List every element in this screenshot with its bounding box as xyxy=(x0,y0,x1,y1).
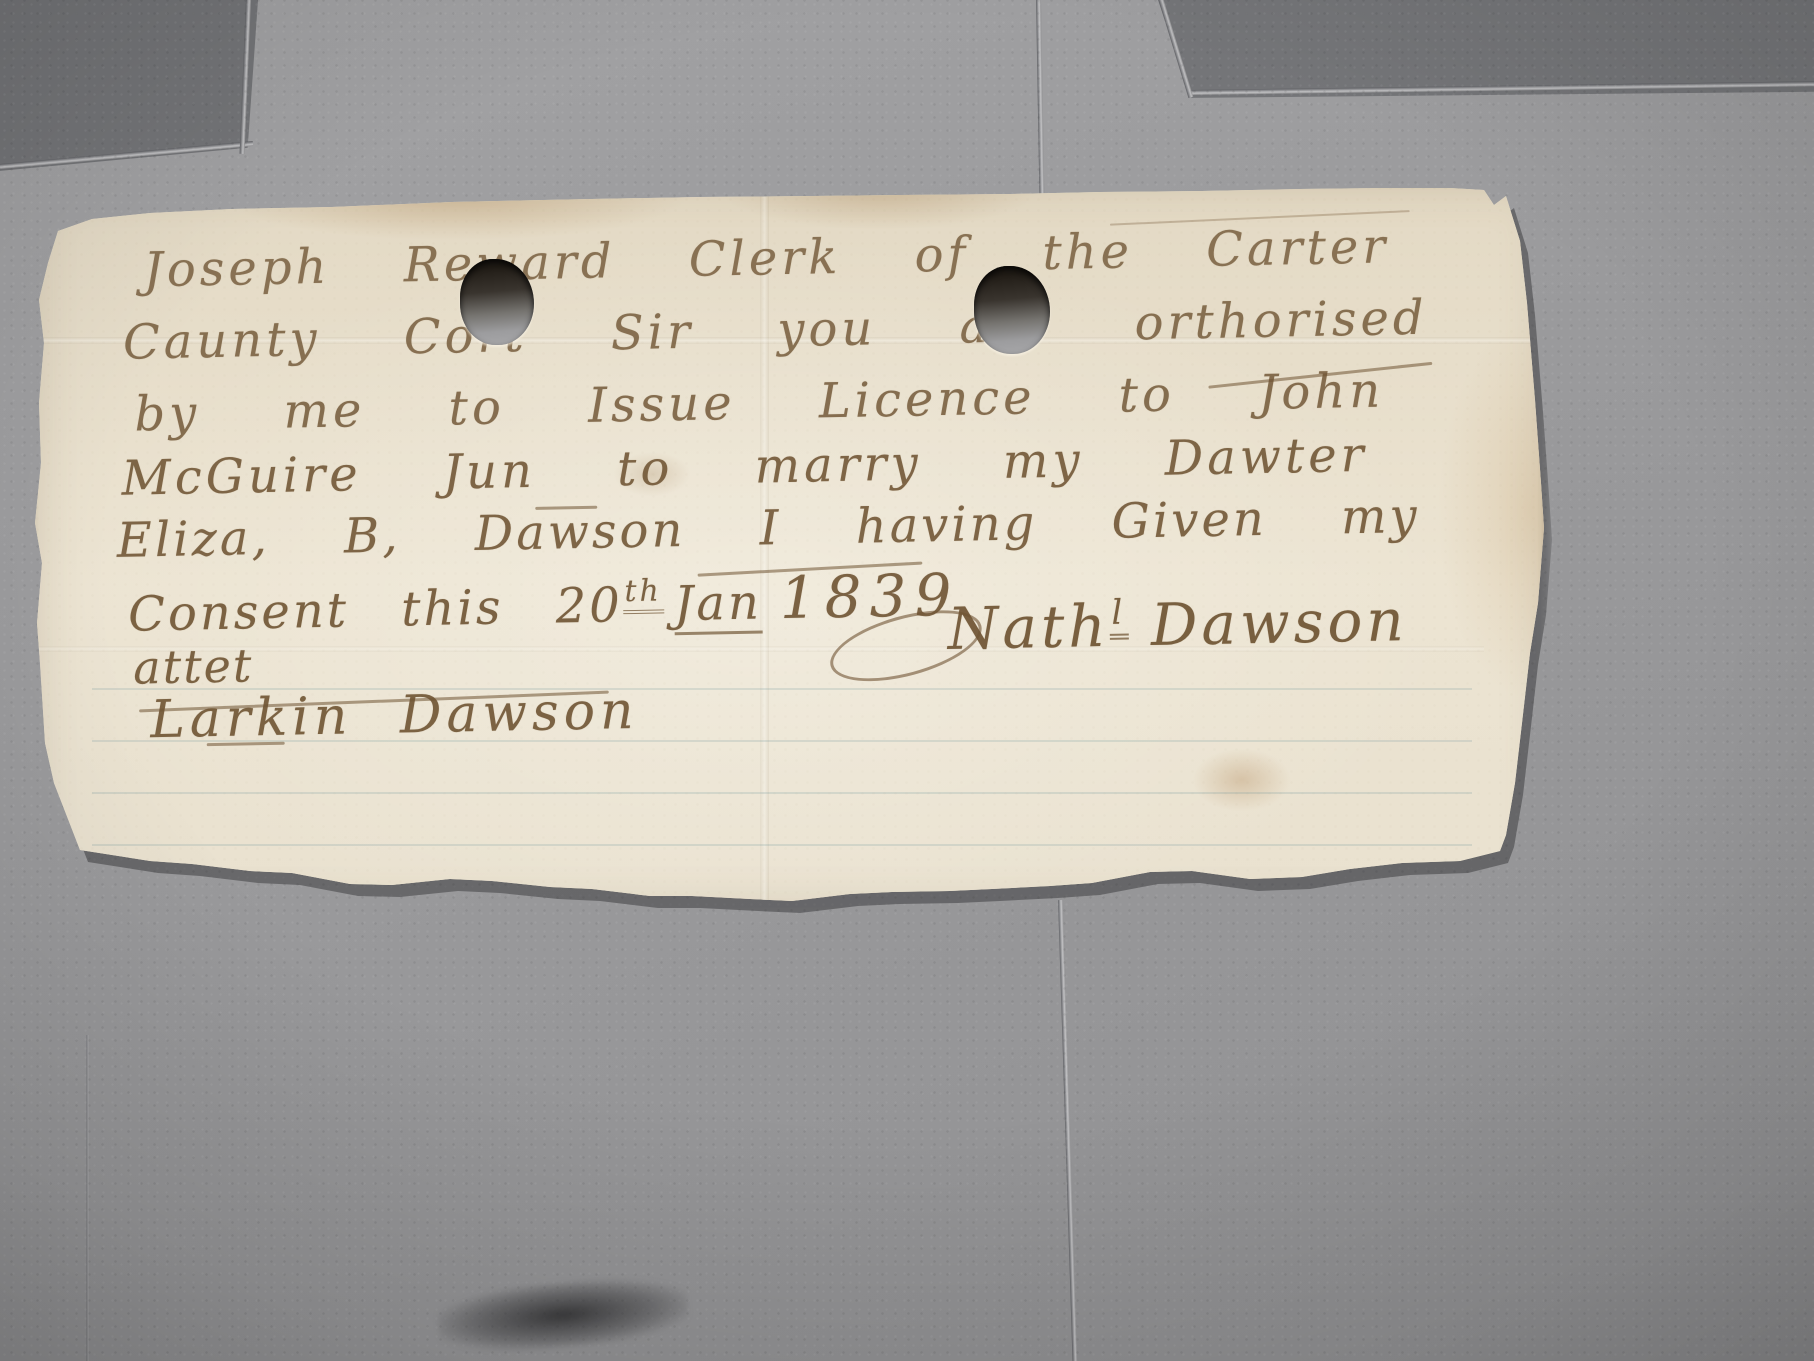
attest-label: attet xyxy=(133,638,254,694)
handwriting-line-1: Joseph Reward Clerk of the Carter xyxy=(143,218,1390,298)
handwritten-text-block: Joseph Reward Clerk of the Carter Caunty… xyxy=(24,156,1550,913)
father-signature: Nathl Dawson xyxy=(947,586,1408,665)
signature-first: Nath xyxy=(947,592,1110,663)
surface-seam-bottom-left xyxy=(86,1035,89,1361)
consent-prefix: Consent this 20 xyxy=(128,577,624,642)
consent-date-line: Consent this 20thJan1839 xyxy=(127,561,959,645)
smudge-mark xyxy=(436,1272,691,1358)
punch-hole-right xyxy=(974,266,1050,354)
signature-superscript: l xyxy=(1109,592,1129,639)
month-text: Jan xyxy=(674,575,763,636)
signature-last: Dawson xyxy=(1150,586,1408,659)
document-paper: Joseph Reward Clerk of the Carter Caunty… xyxy=(32,183,1544,911)
surface-seam-center-top xyxy=(1036,0,1045,208)
surface-seam-center-bottom xyxy=(1058,900,1078,1361)
handwriting-line-2: Caunty Cort Sir you are orthorised xyxy=(122,290,1428,371)
photo-of-document: Joseph Reward Clerk of the Carter Caunty… xyxy=(0,0,1814,1361)
punch-hole-left xyxy=(460,259,534,345)
ordinal-superscript: th xyxy=(622,573,664,614)
